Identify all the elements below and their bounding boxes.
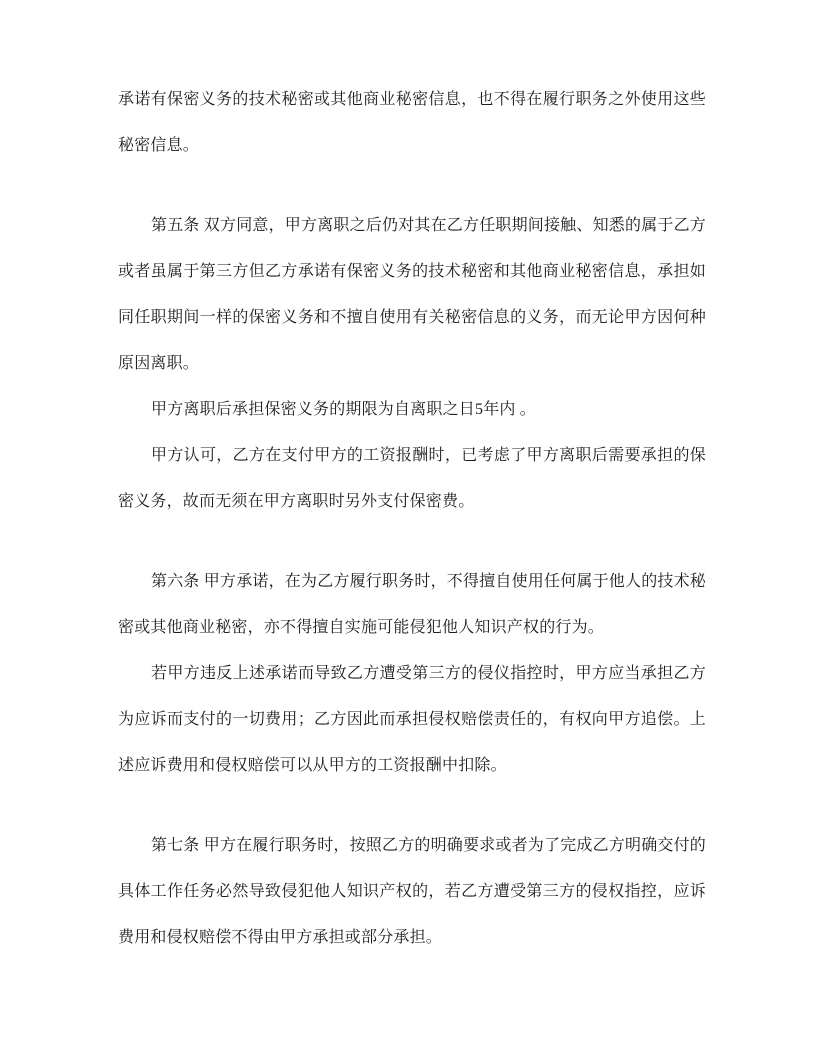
- paragraph-continuation: 承诺有保密义务的技术秘密或其他商业秘密信息，也不得在履行职务之外使用这些秘密信息…: [118, 77, 706, 169]
- paragraph-clause-5: 第五条 双方同意，甲方离职之后仍对其在乙方任职期间接触、知悉的属于乙方或者虽属于…: [118, 203, 706, 387]
- paragraph-clause-6-liability: 若甲方违反上述承诺而导致乙方遭受第三方的侵仪指控时，甲方应当承担乙方为应诉而支付…: [118, 651, 706, 789]
- paragraph-clause-5-ack: 甲方认可，乙方在支付甲方的工资报酬时，已考虑了甲方离职后需要承担的保密义务，故而…: [118, 433, 706, 525]
- paragraph-clause-5-term: 甲方离职后承担保密义务的期限为自离职之日5年内 。: [118, 387, 706, 433]
- document-page: 承诺有保密义务的技术秘密或其他商业秘密信息，也不得在履行职务之外使用这些秘密信息…: [0, 0, 816, 1056]
- paragraph-clause-6: 第六条 甲方承诺，在为乙方履行职务时，不得擅自使用任何属于他人的技术秘密或其他商…: [118, 559, 706, 651]
- paragraph-clause-7: 第七条 甲方在履行职务时，按照乙方的明确要求或者为了完成乙方明确交付的具体工作任…: [118, 823, 706, 961]
